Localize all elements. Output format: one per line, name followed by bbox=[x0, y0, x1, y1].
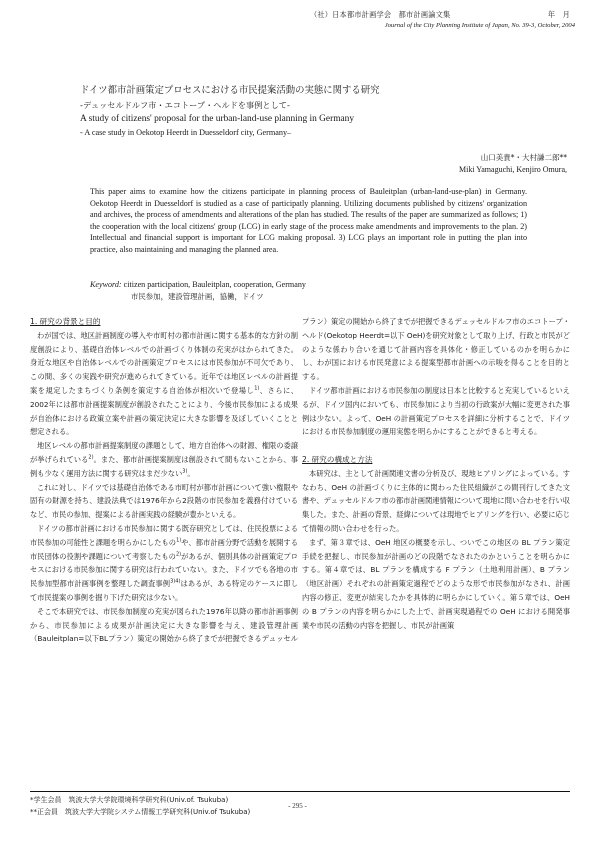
citation-ref: 3)4) bbox=[170, 579, 180, 585]
abstract: This paper aims to examine how the citiz… bbox=[90, 186, 527, 256]
journal-name-jp: （社）日本都市計画学会 都市計画論文集 bbox=[310, 10, 450, 20]
journal-header-jp: （社）日本都市計画学会 都市計画論文集 年 月 bbox=[310, 10, 570, 20]
paragraph: 本研究は、主として計画関連文書の分析及び、現地ヒアリングによっている。すなわち、… bbox=[302, 467, 570, 536]
keywords-en: citizen participation, Bauleitplan, coop… bbox=[122, 280, 306, 289]
authors-jp: 山口美貴*・大村謙二郎** bbox=[459, 152, 567, 164]
paragraph-text: 。 bbox=[187, 469, 194, 478]
paper-title-en: A study of citizens' proposal for the ur… bbox=[80, 112, 520, 126]
journal-header-en: Journal of the City Planning Institute o… bbox=[310, 22, 575, 29]
keywords-jp: 市民参加，建設管理計画，協働，ドイツ bbox=[90, 291, 530, 303]
paper-subtitle-jp: -デュッセルドルフ市・エコトープ・ヘルドを事例として- bbox=[80, 98, 520, 112]
body-column-right: プラン）策定の開始から終了までが把握できるデュッセルドルフ市のエコトープ・ヘルド… bbox=[302, 315, 570, 632]
page-number: - 295 - bbox=[0, 802, 595, 810]
paragraph-continued: そこで本研究では、市民参加制度の充実が図られた1976年以降の都市計画事例から、… bbox=[30, 605, 298, 646]
section-heading-1: 1. 研究の背景と目的 bbox=[30, 315, 298, 329]
paper-subtitle-en: - A case study in Oekotop Heerdt in Dues… bbox=[80, 126, 520, 139]
paper-title-jp: ドイツ都市計画策定プロセスにおける市民提案活動の実態に関する研究 bbox=[80, 84, 520, 98]
spacer bbox=[302, 439, 570, 453]
footnote-divider bbox=[30, 791, 570, 792]
paragraph: ドイツ都市計画における市民参加の制度は日本と比較すると充実しているといえるが、ド… bbox=[302, 384, 570, 439]
paragraph: これに対し、ドイツでは基礎自治体である市町村が都市計画について強い権限や固有の財… bbox=[30, 481, 298, 522]
paragraph-continuation: プラン）策定の開始から終了までが把握できるデュッセルドルフ市のエコトープ・ヘルド… bbox=[302, 315, 570, 384]
keywords-label: Keyword: bbox=[90, 280, 122, 289]
authors: 山口美貴*・大村謙二郎** Miki Yamaguchi, Kenjiro Om… bbox=[459, 152, 567, 176]
paragraph: まず、第３章では、OeH 地区の概要を示し、ついでこの地区の BL プラン策定手… bbox=[302, 536, 570, 633]
title-block: ドイツ都市計画策定プロセスにおける市民提案活動の実態に関する研究 -デュッセルド… bbox=[80, 84, 520, 139]
paragraph: ドイツの都市計画における市民参加に関する既存研究としては、住民投票による市民参加… bbox=[30, 522, 298, 605]
paragraph: 地区レベルの都市計画提案制度の課題として、地方自治体への財源、権限の委譲が挙げら… bbox=[30, 439, 298, 480]
keywords: Keyword: citizen participation, Bauleitp… bbox=[90, 279, 530, 303]
body-column-left: 1. 研究の背景と目的 わが国では、地区計画制度の導入や市町村の都市計画に関する… bbox=[30, 315, 298, 646]
authors-en: Miki Yamaguchi, Kenjiro Omura, bbox=[459, 164, 567, 176]
journal-date-jp: 年 月 bbox=[548, 10, 570, 20]
paragraph: わが国では、地区計画制度の導入や市町村の都市計画に関する基本的な方針の制度創設に… bbox=[30, 329, 298, 439]
section-heading-2: 2. 研究の構成と方法 bbox=[302, 453, 570, 467]
